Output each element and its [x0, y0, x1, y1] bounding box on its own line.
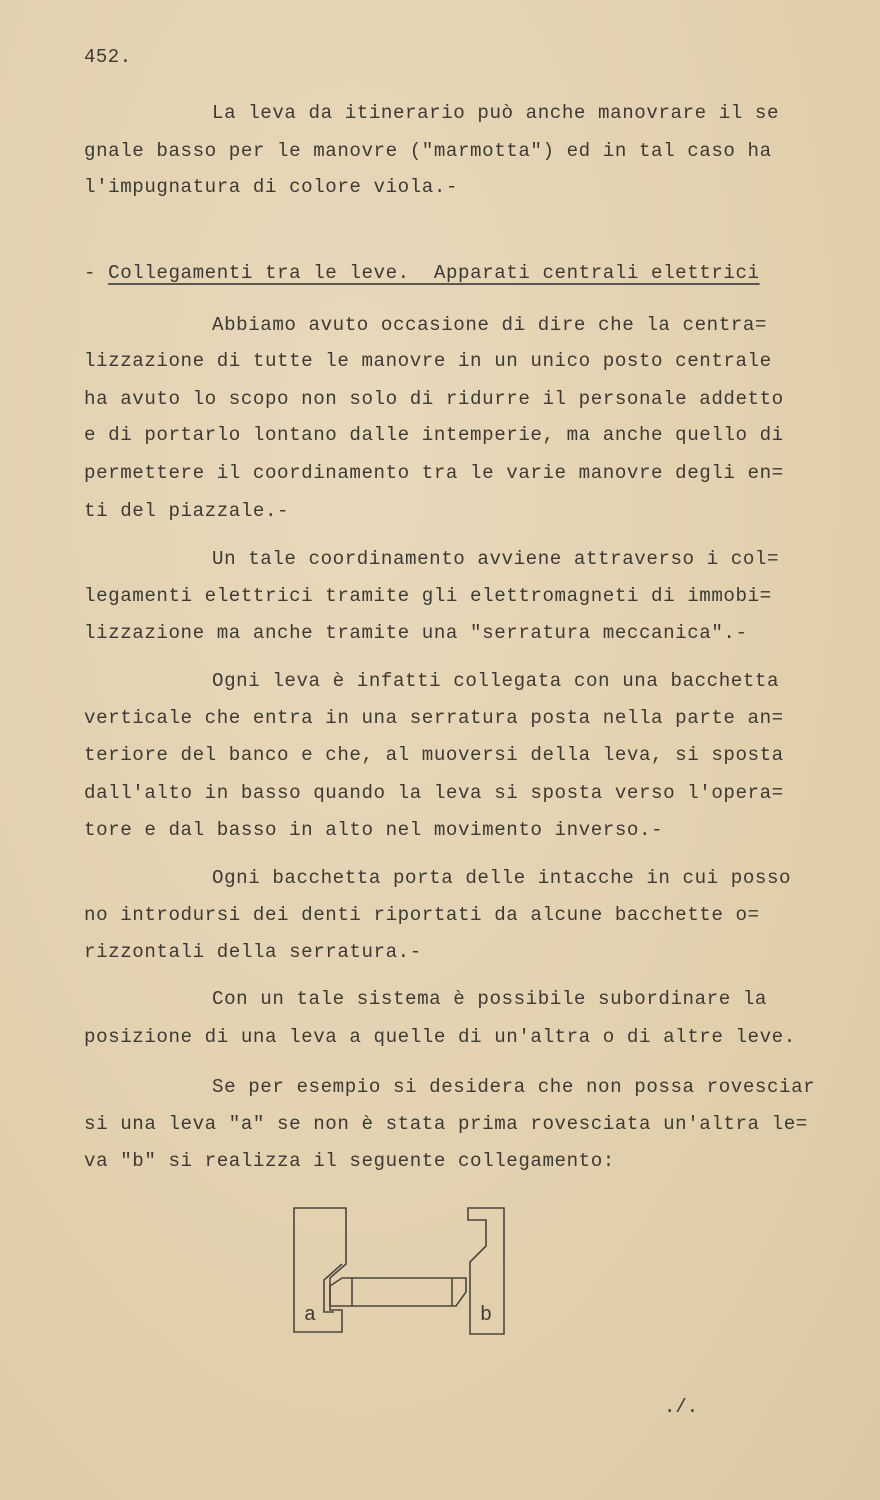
text-line: va "b" si realizza il seguente collegame…: [84, 1150, 615, 1172]
text-line: La leva da itinerario può anche manovrar…: [212, 102, 779, 124]
locking-bar: [330, 1278, 466, 1306]
text-line: lizzazione ma anche tramite una "serratu…: [84, 622, 748, 644]
text-line: ti del piazzale.-: [84, 500, 289, 522]
text-line: Ogni leva è infatti collegata con una ba…: [212, 670, 779, 692]
label-a: a: [304, 1304, 316, 1327]
heading-dash: -: [84, 262, 108, 284]
text-line: Ogni bacchetta porta delle intacche in c…: [212, 867, 791, 889]
text-line: verticale che entra in una serratura pos…: [84, 707, 784, 729]
text-line: dall'alto in basso quando la leva si spo…: [84, 782, 784, 804]
text-line: gnale basso per le manovre ("marmotta") …: [84, 140, 772, 162]
text-line: Con un tale sistema è possibile subordin…: [212, 988, 767, 1010]
continuation-mark: ./.: [664, 1396, 698, 1418]
section-heading: - Collegamenti tra le leve. Apparati cen…: [84, 262, 760, 284]
label-b: b: [480, 1304, 492, 1327]
rod-a: [294, 1208, 346, 1332]
interlocking-diagram: a b: [290, 1204, 510, 1338]
text-line: ha avuto lo scopo non solo di ridurre il…: [84, 388, 784, 410]
text-line: posizione di una leva a quelle di un'alt…: [84, 1026, 796, 1048]
text-line: tore e dal basso in alto nel movimento i…: [84, 819, 663, 841]
text-line: Un tale coordinamento avviene attraverso…: [212, 548, 779, 570]
text-line: no introdursi dei denti riportati da alc…: [84, 904, 760, 926]
text-line: si una leva "a" se non è stata prima rov…: [84, 1113, 808, 1135]
text-line: e di portarlo lontano dalle intemperie, …: [84, 424, 784, 446]
text-line: Abbiamo avuto occasione di dire che la c…: [212, 314, 767, 336]
text-line: rizzontali della serratura.-: [84, 941, 422, 963]
heading-text: Collegamenti tra le leve. Apparati centr…: [108, 262, 759, 284]
text-line: legamenti elettrici tramite gli elettrom…: [84, 585, 772, 607]
text-line: teriore del banco e che, al muoversi del…: [84, 744, 784, 766]
text-line: l'impugnatura di colore viola.-: [84, 176, 458, 198]
text-line: lizzazione di tutte le manovre in un uni…: [84, 350, 772, 372]
text-line: permettere il coordinamento tra le varie…: [84, 462, 784, 484]
page-number: 452.: [84, 46, 132, 68]
text-line: Se per esempio si desidera che non possa…: [212, 1076, 815, 1098]
